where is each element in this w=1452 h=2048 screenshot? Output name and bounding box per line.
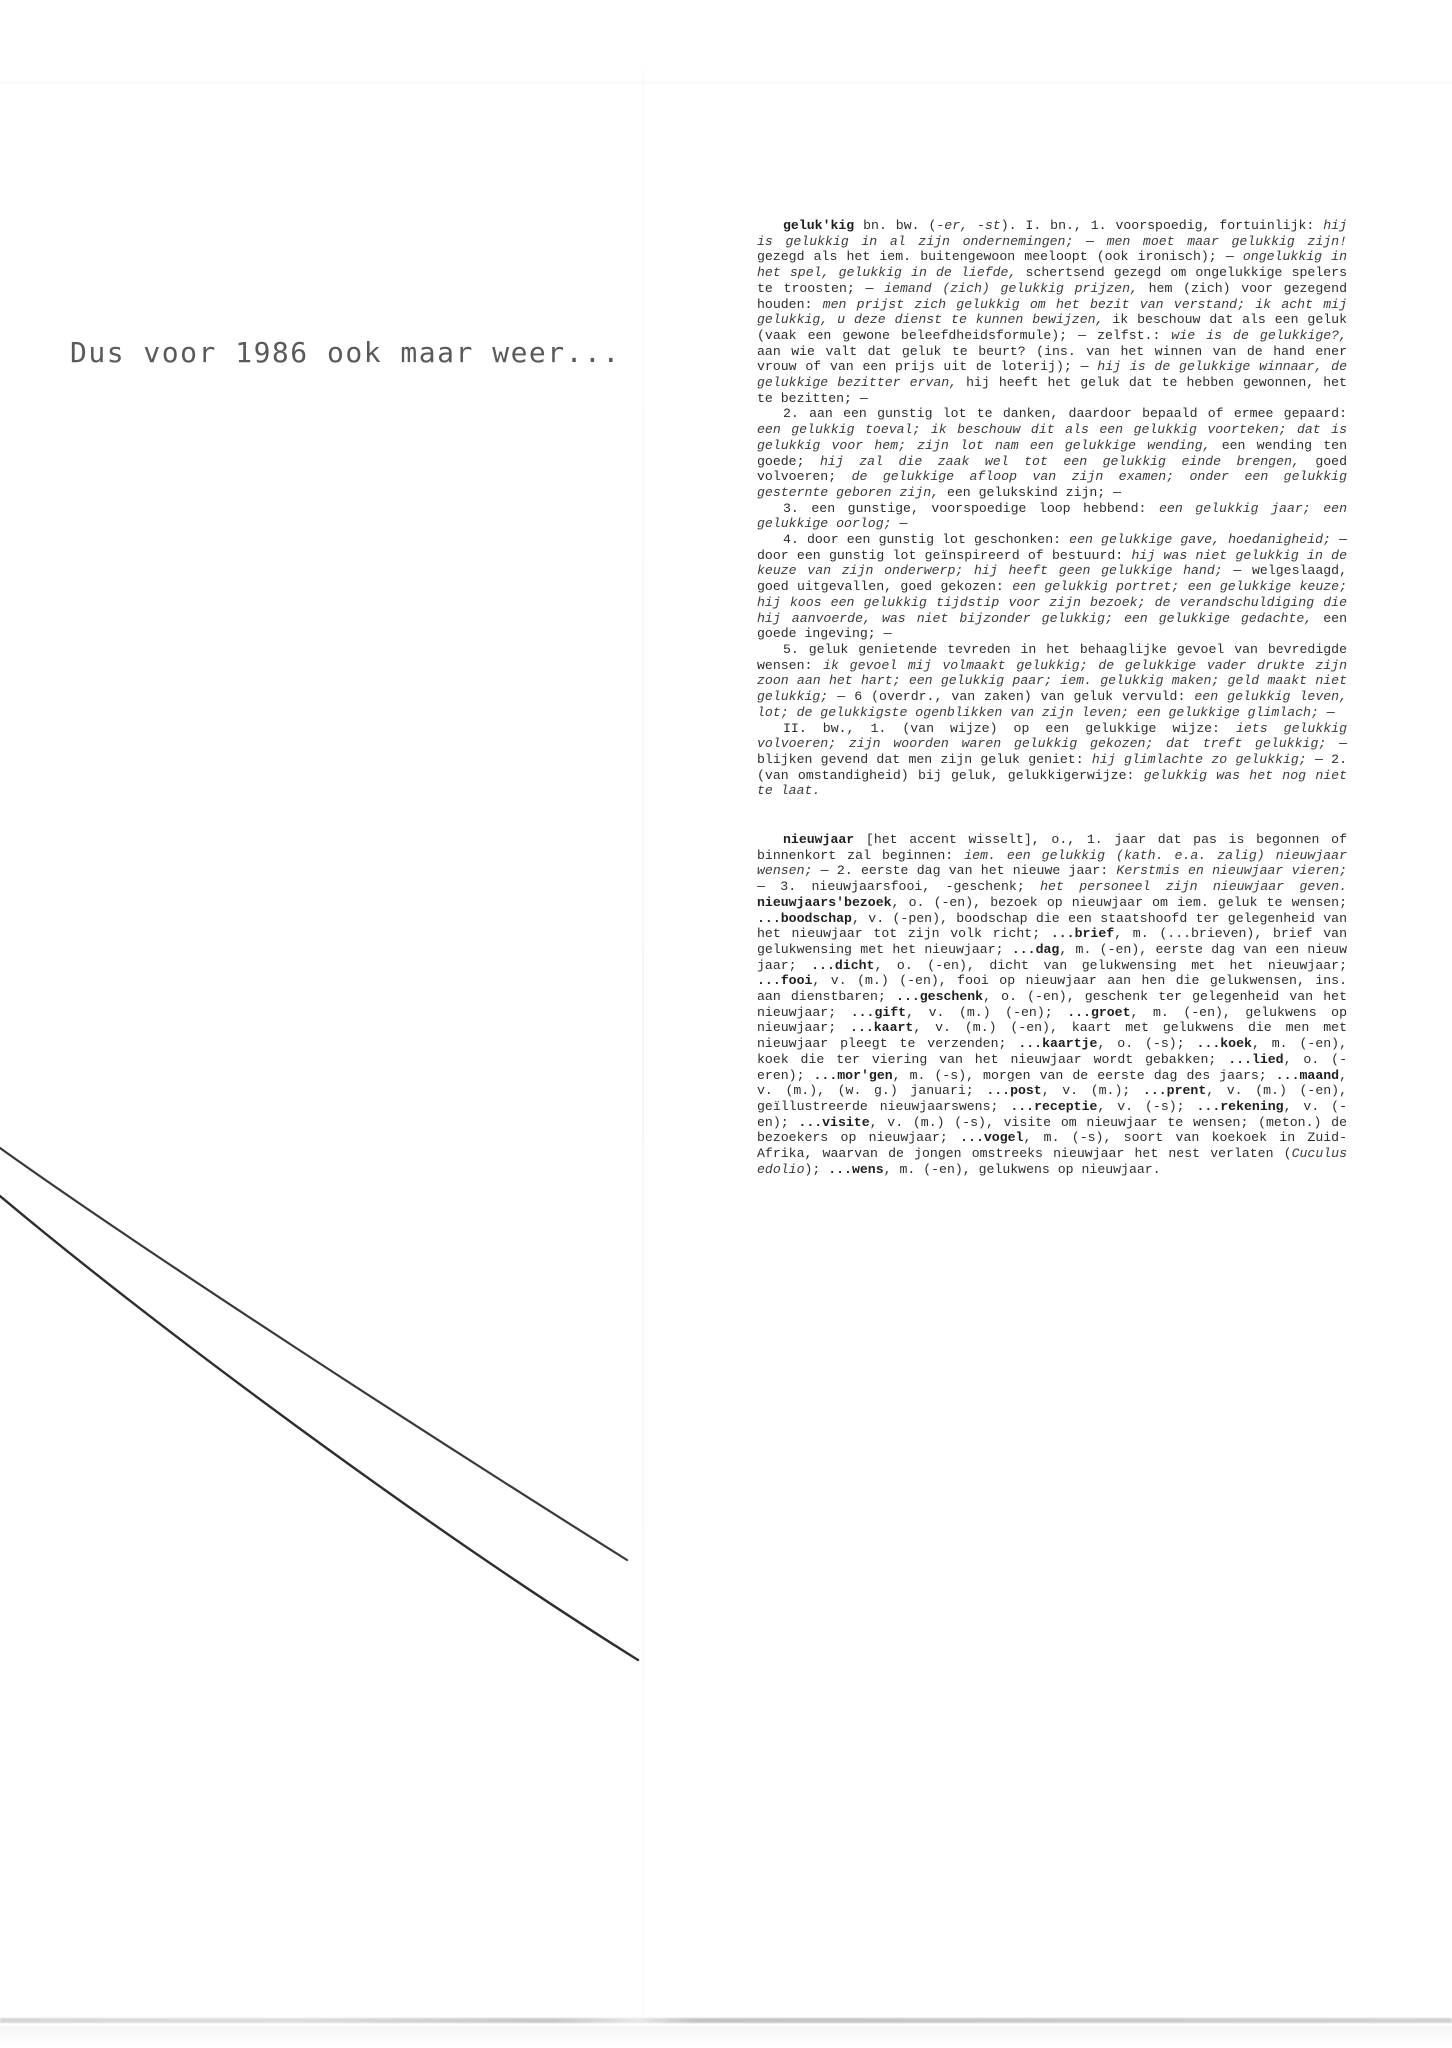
definition-text: 2. aan een gunstig lot te danken, daardo…	[783, 406, 1347, 421]
definition-text: , o. (-en), dicht van gelukwensing met h…	[874, 958, 1347, 973]
definition-text: , v. (-s);	[1097, 1099, 1196, 1114]
headword: ...visite	[798, 1115, 869, 1130]
headword: ...brief	[1051, 926, 1114, 941]
example-text: -er, -st	[936, 218, 1000, 233]
definition-paragraph: 4. door een gunstig lot geschonken: een …	[757, 532, 1347, 642]
paper-bottom-edge	[0, 2018, 1452, 2023]
example-text: hij glimlachte zo gelukkig;	[1092, 752, 1307, 767]
example-text: het personeel zijn nieuwjaar geven.	[1040, 879, 1347, 894]
dictionary-excerpt: geluk'kig bn. bw. (-er, -st). I. bn., 1.…	[757, 218, 1347, 1177]
definition-paragraph: nieuwjaar [het accent wisselt], o., 1. j…	[757, 832, 1347, 1177]
definition-paragraph: II. bw., 1. (van wijze) op een gelukkige…	[757, 721, 1347, 800]
definition-text: 3. een gunstige, voorspoedige loop hebbe…	[783, 501, 1159, 516]
example-text: men moet maar gelukkig zijn!	[1107, 234, 1347, 249]
headword: ...fooi	[757, 973, 812, 988]
definition-text: bn. bw. (	[854, 218, 936, 233]
scan-shadow	[0, 2026, 1452, 2048]
headword: ...lied	[1228, 1052, 1283, 1067]
definition-text: , v. (m.);	[1042, 1083, 1143, 1098]
definition-text: een gelukskind zijn; —	[939, 485, 1121, 500]
definition-text: —	[892, 516, 908, 531]
paper-top-edge	[0, 80, 1452, 86]
definition-text: gezegd als het iem. buitengewoon meeloop…	[757, 249, 1243, 264]
headword: ...dicht	[811, 958, 874, 973]
headword: ...boodschap	[757, 911, 852, 926]
page-fold	[642, 70, 644, 2020]
definition-text: —	[1319, 705, 1335, 720]
headword: nieuwjaar	[783, 832, 854, 847]
definition-paragraph: 3. een gunstige, voorspoedige loop hebbe…	[757, 501, 1347, 532]
headword: ...groet	[1067, 1005, 1130, 1020]
headword: ...post	[986, 1083, 1041, 1098]
definition-text: 4. door een gunstig lot geschonken:	[783, 532, 1069, 547]
headword: ...prent	[1143, 1083, 1206, 1098]
definition-text: — 3. nieuwjaarsfooi, -geschenk;	[757, 879, 1040, 894]
definition-text: , m. (-en), gelukwens op nieuwjaar.	[884, 1162, 1161, 1177]
dictionary-entry-gelukkig: geluk'kig bn. bw. (-er, -st). I. bn., 1.…	[757, 218, 1347, 799]
definition-text: — 2. eerste dag van het nieuwe jaar:	[812, 863, 1116, 878]
example-text: iemand (zich) gelukkig prijzen,	[884, 281, 1138, 296]
headword: ...rekening	[1197, 1099, 1284, 1114]
headword: geluk'kig	[783, 218, 854, 233]
headword: ...kaart	[850, 1020, 913, 1035]
definition-text: , v. (m.) (-en);	[906, 1005, 1067, 1020]
example-text: een gelukkige gave, hoedanigheid;	[1069, 532, 1331, 547]
headword: ...wens	[828, 1162, 883, 1177]
definition-text: );	[804, 1162, 828, 1177]
dictionary-entry-nieuwjaar: nieuwjaar [het accent wisselt], o., 1. j…	[757, 832, 1347, 1177]
headword: ...vogel	[960, 1130, 1023, 1145]
headword: ...geschenk	[896, 989, 983, 1004]
definition-text: —	[1073, 234, 1106, 249]
example-text: wie is de gelukkige?,	[1171, 328, 1347, 343]
definition-text: , m. (-s), morgen van de eerste dag des …	[893, 1068, 1276, 1083]
headword: nieuwjaars'bezoek	[757, 895, 892, 910]
definition-text: II. bw., 1. (van wijze) op een gelukkige…	[783, 721, 1236, 736]
example-text: hij zal die zaak wel tot een gelukkig ei…	[820, 454, 1300, 469]
definition-text: , o. (-s);	[1097, 1036, 1196, 1051]
definition-paragraph: geluk'kig bn. bw. (-er, -st). I. bn., 1.…	[757, 218, 1347, 406]
definition-text: — 6 (overdr., van zaken) van geluk vervu…	[828, 689, 1194, 704]
headword: ...dag	[1012, 942, 1059, 957]
definition-text: , o. (-en), bezoek op nieuwjaar om iem. …	[892, 895, 1347, 910]
headword: ...receptie	[1010, 1099, 1097, 1114]
definition-text: ). I. bn., 1. voorspoedig, fortuinlijk:	[1001, 218, 1324, 233]
new-year-greeting: Dus voor 1986 ook maar weer...	[70, 336, 621, 369]
example-text: Kerstmis en nieuwjaar vieren;	[1116, 863, 1347, 878]
headword: ...koek	[1197, 1036, 1252, 1051]
headword: ...gift	[851, 1005, 906, 1020]
headword: ...kaartje	[1018, 1036, 1097, 1051]
headword: ...maand	[1276, 1068, 1339, 1083]
definition-paragraph: 2. aan een gunstig lot te danken, daardo…	[757, 406, 1347, 500]
definition-paragraph: 5. geluk genietende tevreden in het beha…	[757, 642, 1347, 721]
headword: ...mor'gen	[814, 1068, 893, 1083]
